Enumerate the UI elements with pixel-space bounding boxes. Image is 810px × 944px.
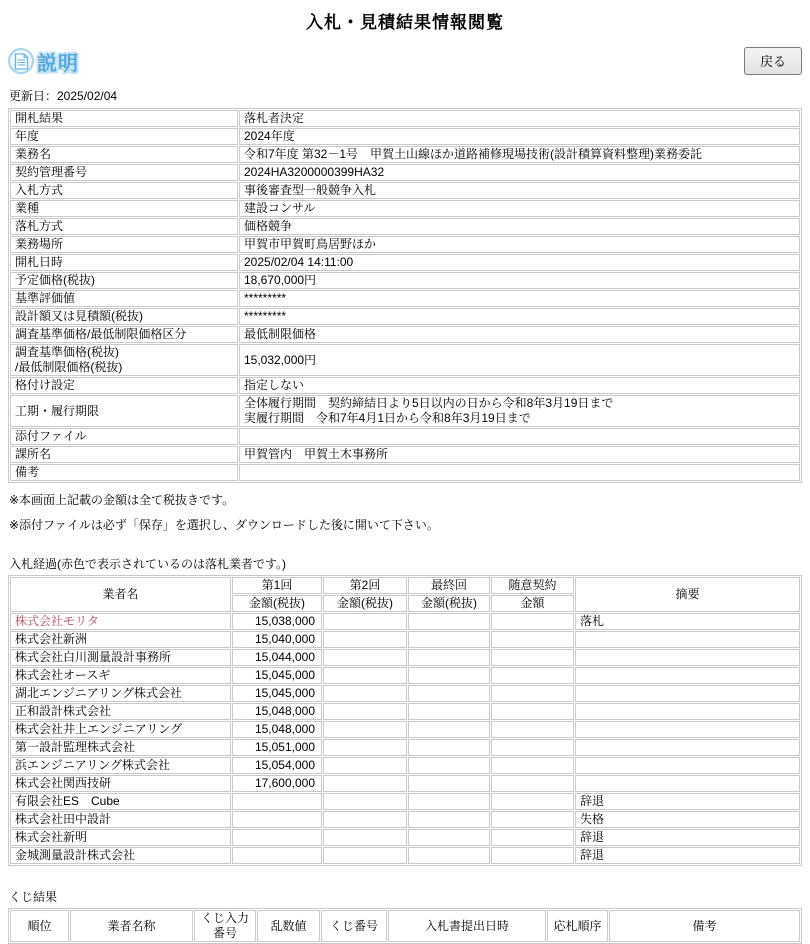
detail-label: 調査基準価格/最低制限価格区分 [10,326,238,343]
round2-amount [323,685,407,702]
bid-header-final: 最終回 [408,577,490,594]
round1-amount: 15,054,000 [232,757,322,774]
detail-row: 入札方式事後審査型一般競争入札 [10,182,800,199]
round1-amount [232,793,322,810]
remark: 辞退 [575,847,800,864]
discretionary-amount [491,649,574,666]
round2-amount [323,847,407,864]
detail-row: 予定価格(税抜)18,670,000円 [10,272,800,289]
round1-amount: 15,048,000 [232,721,322,738]
remark: 落札 [575,613,800,630]
round2-amount [323,775,407,792]
discretionary-amount [491,685,574,702]
remark [575,739,800,756]
back-button[interactable]: 戻る [744,47,802,75]
lottery-header-cell: くじ入力番号 [194,910,256,942]
bid-row: 有限会社ES Cube辞退 [10,793,800,810]
note-attachment: ※添付ファイルは必ず「保存」を選択し、ダウンロードした後に開いて下さい。 [9,516,802,533]
discretionary-amount [491,829,574,846]
round2-amount [323,757,407,774]
detail-value: 15,032,000円 [239,344,800,376]
page-title: 入札・見積結果情報閲覧 [8,8,802,33]
vendor-name: 株式会社新洲 [10,631,231,648]
detail-label: 落札方式 [10,218,238,235]
detail-value: 指定しない [239,377,800,394]
remark [575,667,800,684]
bid-row: 金城測量設計株式会社辞退 [10,847,800,864]
detail-row: 添付ファイル [10,428,800,445]
detail-row: 年度2024年度 [10,128,800,145]
detail-label: 基準評価値 [10,290,238,307]
discretionary-amount [491,631,574,648]
final-amount [408,847,490,864]
detail-label: 格付け設定 [10,377,238,394]
detail-value [239,428,800,445]
discretionary-amount [491,775,574,792]
explain-button[interactable]: 説明 [8,47,79,76]
bid-header-row-top: 業者名 第1回 第2回 最終回 随意契約 摘要 [10,577,800,594]
remark [575,721,800,738]
round1-amount: 15,045,000 [232,667,322,684]
discretionary-amount [491,721,574,738]
bid-row: 株式会社新洲15,040,000 [10,631,800,648]
explain-button-label: 説明 [37,47,79,76]
document-icon [8,48,34,74]
round1-amount: 15,045,000 [232,685,322,702]
round2-amount [323,667,407,684]
bid-row: 株式会社オースギ15,045,000 [10,667,800,684]
bid-row: 浜エンジニアリング株式会社15,054,000 [10,757,800,774]
discretionary-amount [491,667,574,684]
round1-amount: 15,051,000 [232,739,322,756]
bid-header-round1: 第1回 [232,577,322,594]
round1-amount: 15,038,000 [232,613,322,630]
remark [575,685,800,702]
round1-amount: 17,600,000 [232,775,322,792]
bid-header-vendor: 業者名 [10,577,231,612]
discretionary-amount [491,793,574,810]
detail-row: 業務名令和7年度 第32－1号 甲賀土山線ほか道路補修現場技術(設計積算資料整理… [10,146,800,163]
detail-row: 課所名甲賀管内 甲賀土木事務所 [10,446,800,463]
round2-amount [323,703,407,720]
final-amount [408,667,490,684]
discretionary-amount [491,757,574,774]
lottery-header-cell: 入札書提出日時 [388,910,546,942]
detail-row: 開札日時2025/02/04 14:11:00 [10,254,800,271]
remark: 失格 [575,811,800,828]
detail-value: 甲賀管内 甲賀土木事務所 [239,446,800,463]
detail-value: ********* [239,308,800,325]
round2-amount [323,613,407,630]
bid-row: 株式会社井上エンジニアリング15,048,000 [10,721,800,738]
vendor-name: 株式会社オースギ [10,667,231,684]
detail-value: 全体履行期間 契約締結日より5日以内の日から令和8年3月19日まで 実履行期間 … [239,395,800,427]
remark: 辞退 [575,793,800,810]
detail-label: 開札結果 [10,110,238,127]
detail-label: 入札方式 [10,182,238,199]
bid-header-round2-amount: 金額(税抜) [323,595,407,612]
remark [575,775,800,792]
update-date: 更新日：2025/02/04 [9,87,802,104]
detail-row: 調査基準価格(税抜) /最低制限価格(税抜)15,032,000円 [10,344,800,376]
discretionary-amount [491,703,574,720]
bid-row: 株式会社新明辞退 [10,829,800,846]
vendor-name: 浜エンジニアリング株式会社 [10,757,231,774]
detail-table: 開札結果落札者決定年度2024年度業務名令和7年度 第32－1号 甲賀土山線ほか… [8,108,802,483]
detail-row: 基準評価値********* [10,290,800,307]
detail-value: 甲賀市甲賀町鳥居野ほか [239,236,800,253]
lottery-header-cell: くじ番号 [321,910,387,942]
round2-amount [323,811,407,828]
final-amount [408,721,490,738]
vendor-name: 株式会社田中設計 [10,811,231,828]
detail-value: 2024年度 [239,128,800,145]
bid-progress-table: 業者名 第1回 第2回 最終回 随意契約 摘要 金額(税抜) 金額(税抜) 金額… [8,575,802,866]
detail-value: 18,670,000円 [239,272,800,289]
detail-value [239,464,800,481]
detail-label: 添付ファイル [10,428,238,445]
detail-label: 課所名 [10,446,238,463]
vendor-name: 株式会社関西技研 [10,775,231,792]
vendor-name: 株式会社モリタ [10,613,231,630]
detail-value: 落札者決定 [239,110,800,127]
final-amount [408,775,490,792]
detail-value: 事後審査型一般競争入札 [239,182,800,199]
detail-label: 業務場所 [10,236,238,253]
detail-row: 工期・履行期限全体履行期間 契約締結日より5日以内の日から令和8年3月19日まで… [10,395,800,427]
toolbar: 説明 戻る [8,45,802,77]
note-tax: ※本画面上記載の金額は全て税抜きです。 [9,491,802,508]
bid-header-round2: 第2回 [323,577,407,594]
detail-label: 業種 [10,200,238,217]
bid-row: 第一設計監理株式会社15,051,000 [10,739,800,756]
bid-row: 株式会社関西技研17,600,000 [10,775,800,792]
bid-header-remark: 摘要 [575,577,800,612]
vendor-name: 正和設計株式会社 [10,703,231,720]
remark [575,649,800,666]
vendor-name: 有限会社ES Cube [10,793,231,810]
detail-row: 契約管理番号2024HA3200000399HA32 [10,164,800,181]
remark [575,631,800,648]
bid-header-discretionary-amount: 金額 [491,595,574,612]
vendor-name: 第一設計監理株式会社 [10,739,231,756]
detail-value: ********* [239,290,800,307]
detail-row: 業種建設コンサル [10,200,800,217]
round2-amount [323,793,407,810]
detail-label: 業務名 [10,146,238,163]
bid-row: 湖北エンジニアリング株式会社15,045,000 [10,685,800,702]
detail-row: 設計額又は見積額(税抜)********* [10,308,800,325]
detail-label: 年度 [10,128,238,145]
remark: 辞退 [575,829,800,846]
detail-row: 開札結果落札者決定 [10,110,800,127]
vendor-name: 金城測量設計株式会社 [10,847,231,864]
final-amount [408,757,490,774]
bid-header-round1-amount: 金額(税抜) [232,595,322,612]
round1-amount: 15,048,000 [232,703,322,720]
vendor-name: 株式会社白川測量設計事務所 [10,649,231,666]
round1-amount [232,829,322,846]
final-amount [408,631,490,648]
bid-row: 株式会社モリタ15,038,000落札 [10,613,800,630]
bid-header-discretionary: 随意契約 [491,577,574,594]
vendor-name: 湖北エンジニアリング株式会社 [10,685,231,702]
final-amount [408,739,490,756]
round2-amount [323,649,407,666]
lottery-caption: くじ結果 [9,888,802,905]
detail-row: 落札方式価格競争 [10,218,800,235]
detail-row: 調査基準価格/最低制限価格区分最低制限価格 [10,326,800,343]
document-icon-glyph [14,53,29,70]
detail-label: 予定価格(税抜) [10,272,238,289]
final-amount [408,793,490,810]
vendor-name: 株式会社新明 [10,829,231,846]
detail-label: 契約管理番号 [10,164,238,181]
detail-row: 備考 [10,464,800,481]
round2-amount [323,631,407,648]
discretionary-amount [491,811,574,828]
lottery-header-cell: 備考 [609,910,800,942]
lottery-header-cell: 乱数値 [257,910,320,942]
detail-value: 2025/02/04 14:11:00 [239,254,800,271]
page: 入札・見積結果情報閲覧 説明 戻る 更新日：2025/02/04 開札結果落札者… [0,8,810,944]
round1-amount: 15,040,000 [232,631,322,648]
bid-row: 株式会社白川測量設計事務所15,044,000 [10,649,800,666]
lottery-header-cell: 業者名称 [70,910,193,942]
final-amount [408,703,490,720]
discretionary-amount [491,613,574,630]
detail-row: 格付け設定指定しない [10,377,800,394]
lottery-header-row: 順位業者名称くじ入力番号乱数値くじ番号入札書提出日時応札順序備考 [10,910,800,942]
remark [575,757,800,774]
lottery-header-cell: 応札順序 [547,910,608,942]
round2-amount [323,739,407,756]
detail-value: 2024HA3200000399HA32 [239,164,800,181]
detail-value: 最低制限価格 [239,326,800,343]
remark [575,703,800,720]
round1-amount: 15,044,000 [232,649,322,666]
round2-amount [323,721,407,738]
final-amount [408,811,490,828]
vendor-name: 株式会社井上エンジニアリング [10,721,231,738]
detail-row: 業務場所甲賀市甲賀町鳥居野ほか [10,236,800,253]
round1-amount [232,847,322,864]
detail-label: 開札日時 [10,254,238,271]
final-amount [408,649,490,666]
detail-label: 設計額又は見積額(税抜) [10,308,238,325]
final-amount [408,685,490,702]
lottery-table: 順位業者名称くじ入力番号乱数値くじ番号入札書提出日時応札順序備考 [8,908,802,944]
detail-value: 令和7年度 第32－1号 甲賀土山線ほか道路補修現場技術(設計積算資料整理)業務… [239,146,800,163]
bid-header-final-amount: 金額(税抜) [408,595,490,612]
detail-label: 備考 [10,464,238,481]
detail-label: 調査基準価格(税抜) /最低制限価格(税抜) [10,344,238,376]
bid-row: 正和設計株式会社15,048,000 [10,703,800,720]
detail-value: 建設コンサル [239,200,800,217]
discretionary-amount [491,847,574,864]
round2-amount [323,829,407,846]
detail-label: 工期・履行期限 [10,395,238,427]
bid-row: 株式会社田中設計失格 [10,811,800,828]
lottery-header-cell: 順位 [10,910,69,942]
discretionary-amount [491,739,574,756]
detail-value: 価格競争 [239,218,800,235]
final-amount [408,829,490,846]
final-amount [408,613,490,630]
bid-progress-caption: 入札経過(赤色で表示されているのは落札業者です。) [9,555,802,572]
round1-amount [232,811,322,828]
